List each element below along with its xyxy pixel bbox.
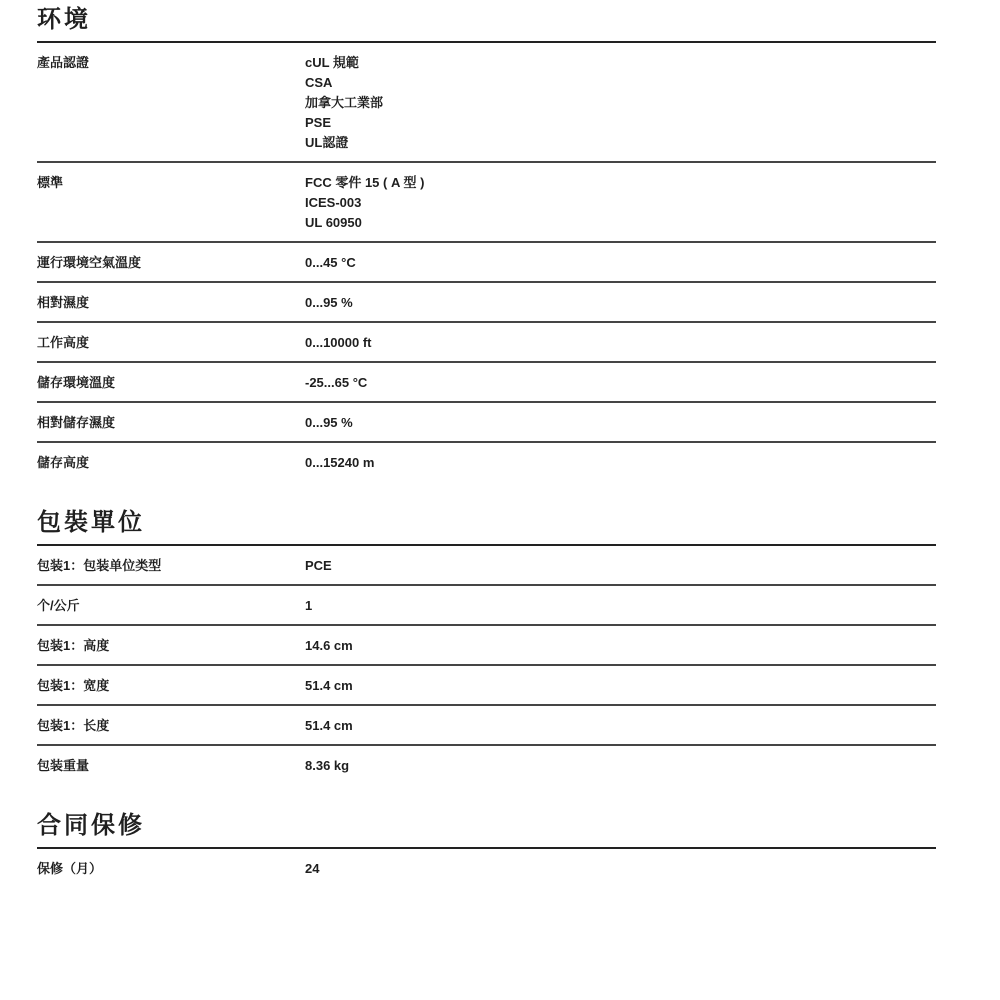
spec-value-line: 24 [305,859,936,879]
spec-value: 0...10000 ft [305,333,936,353]
spec-row: 相對濕度0...95 % [37,281,936,321]
spec-label: 產品認證 [37,53,305,73]
spec-value: 24 [305,859,936,879]
spec-row: 標準FCC 零件 15 ( A 型 )ICES-003UL 60950 [37,161,936,241]
spec-row: 包装1：宽度51.4 cm [37,664,936,704]
spec-value-line: PSE [305,113,936,133]
spec-value: 1 [305,596,936,616]
spec-value-line: CSA [305,73,936,93]
spec-value: 0...95 % [305,293,936,313]
spec-label: 包装1：包装单位类型 [37,556,305,576]
spec-value-line: 0...15240 m [305,453,936,473]
section-title-contract-warranty: 合同保修 [37,812,936,849]
spec-label: 保修（月） [37,859,305,879]
spec-row: 工作高度0...10000 ft [37,321,936,361]
spec-value-line: 14.6 cm [305,636,936,656]
spec-label: 儲存高度 [37,453,305,473]
spec-label: 工作高度 [37,333,305,353]
spec-value: 51.4 cm [305,716,936,736]
spec-row: 儲存高度0...15240 m [37,441,936,481]
spec-value-line: UL 60950 [305,213,936,233]
spec-value-line: cUL 規範 [305,53,936,73]
spec-value-line: 8.36 kg [305,756,936,776]
spec-value-line: FCC 零件 15 ( A 型 ) [305,173,936,193]
spec-value: 0...95 % [305,413,936,433]
spec-value-line: 0...95 % [305,293,936,313]
spec-value: -25...65 °C [305,373,936,393]
spec-row: 運行環境空氣溫度0...45 °C [37,241,936,281]
spec-row: 保修（月）24 [37,849,936,887]
spec-label: 个/公斤 [37,596,305,616]
section-packaging-unit: 包裝單位包装1：包装单位类型PCE个/公斤1包装1：高度14.6 cm包装1：宽… [37,509,936,784]
section-title-environment: 环境 [37,6,936,43]
spec-value-line: 0...95 % [305,413,936,433]
spec-row: 儲存環境溫度-25...65 °C [37,361,936,401]
spec-value-line: 1 [305,596,936,616]
spec-label: 包装1：高度 [37,636,305,656]
spec-value: 8.36 kg [305,756,936,776]
spec-label: 包装1：宽度 [37,676,305,696]
spec-value: 0...15240 m [305,453,936,473]
spec-row: 包装1：包装单位类型PCE [37,546,936,584]
section-title-packaging-unit: 包裝單位 [37,509,936,546]
spec-row: 包装1：高度14.6 cm [37,624,936,664]
spec-row: 相對儲存濕度0...95 % [37,401,936,441]
spec-value: 51.4 cm [305,676,936,696]
spec-row: 个/公斤1 [37,584,936,624]
spec-value-line: 加拿大工業部 [305,93,936,113]
spec-value-line: 0...10000 ft [305,333,936,353]
spec-row: 包装重量8.36 kg [37,744,936,784]
spec-value: 0...45 °C [305,253,936,273]
spec-value: cUL 規範CSA加拿大工業部PSEUL認證 [305,53,936,153]
spec-label: 相對濕度 [37,293,305,313]
spec-label: 包装重量 [37,756,305,776]
spec-value-line: 0...45 °C [305,253,936,273]
spec-document: 环境產品認證cUL 規範CSA加拿大工業部PSEUL認證標準FCC 零件 15 … [0,0,1000,1000]
spec-row: 產品認證cUL 規範CSA加拿大工業部PSEUL認證 [37,43,936,161]
spec-value: PCE [305,556,936,576]
spec-value-line: -25...65 °C [305,373,936,393]
spec-label: 包装1：长度 [37,716,305,736]
section-contract-warranty: 合同保修保修（月）24 [37,812,936,887]
spec-value: 14.6 cm [305,636,936,656]
spec-value-line: 51.4 cm [305,716,936,736]
spec-value-line: UL認證 [305,133,936,153]
spec-value: FCC 零件 15 ( A 型 )ICES-003UL 60950 [305,173,936,233]
spec-value-line: ICES-003 [305,193,936,213]
section-environment: 环境產品認證cUL 規範CSA加拿大工業部PSEUL認證標準FCC 零件 15 … [37,6,936,481]
spec-label: 相對儲存濕度 [37,413,305,433]
spec-label: 標準 [37,173,305,193]
spec-row: 包装1：长度51.4 cm [37,704,936,744]
spec-label: 儲存環境溫度 [37,373,305,393]
spec-value-line: 51.4 cm [305,676,936,696]
spec-label: 運行環境空氣溫度 [37,253,305,273]
spec-value-line: PCE [305,556,936,576]
